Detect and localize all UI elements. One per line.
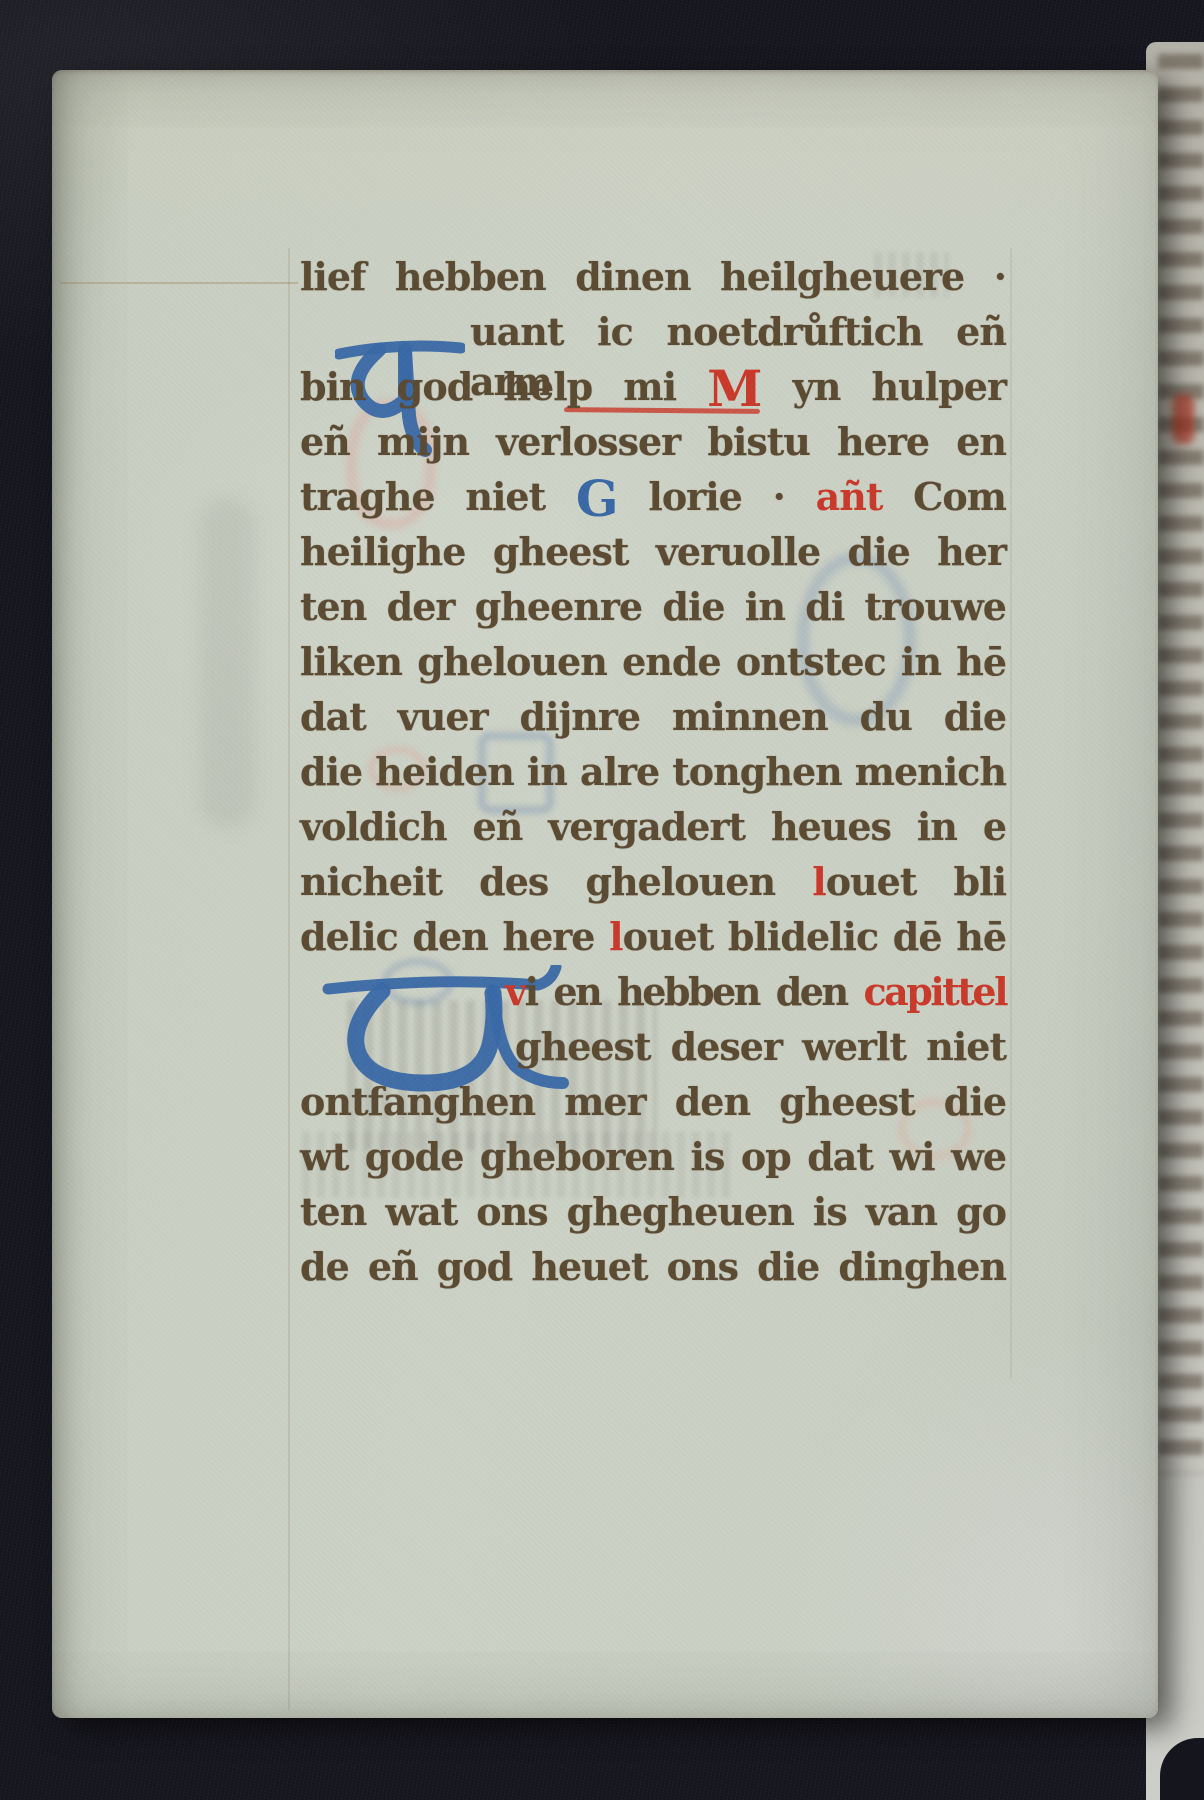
text-segment: añt [816, 474, 914, 519]
parchment-page: lief hebben dinen heilgheuere ·uant ic n… [52, 70, 1158, 1718]
text-segment: die heiden in alre tonghen menich [300, 749, 1006, 794]
text-line: uant ic noetdrůftich eñ arm [470, 307, 1006, 362]
text-segment: nicheit des ghelouen [300, 859, 812, 904]
text-line: heilighe gheest veruolle die her [300, 527, 1006, 582]
text-segment: v [505, 969, 525, 1014]
text-line: die heiden in alre tonghen menich [300, 747, 1006, 802]
text-line: de eñ god heuet ons die dinghen [300, 1242, 1006, 1297]
text-line: dat vuer dijnre minnen du die [300, 692, 1006, 747]
text-line: eñ mijn verlosser bistu here en [300, 417, 1006, 472]
text-segment: ouet blidelic dē hē [623, 914, 1006, 959]
manuscript-photo: lief hebben dinen heilgheuere ·uant ic n… [0, 0, 1204, 1800]
text-segment: heilighe gheest veruolle die her [300, 529, 1006, 574]
text-segment: liken ghelouen ende ontstec in hē [300, 639, 1006, 684]
ruling-line-vertical-right [1010, 248, 1012, 1378]
text-segment: delic den here [300, 914, 609, 959]
ruling-line-vertical-left [288, 248, 290, 1710]
text-line: nicheit des ghelouen louet bli [300, 857, 1006, 912]
text-segment: traghe niet [300, 474, 576, 519]
text-segment: M [707, 359, 761, 418]
text-segment: G [576, 469, 618, 528]
text-segment: lorie · [618, 474, 816, 519]
text-segment: ouet bli [826, 859, 1006, 904]
text-segment: capittel [864, 969, 1006, 1014]
text-line: delic den here louet blidelic dē hē [300, 912, 1006, 967]
text-segment: l [609, 914, 622, 959]
text-segment: Com [913, 474, 1006, 519]
text-line: ten der gheenre die in di trouwe [300, 582, 1006, 637]
fore-edge-red-initial [1172, 394, 1194, 444]
text-segment: lief hebben dinen heilgheuere · [300, 254, 1006, 299]
text-line: vi en hebben den capittel [505, 967, 1006, 1022]
text-segment: eñ mijn verlosser bistu here en [300, 419, 1006, 464]
text-segment: i en hebben den [525, 969, 864, 1014]
text-segment: voldich eñ vergadert heues in e [300, 804, 1006, 849]
text-segment: dat vuer dijnre minnen du die [300, 694, 1006, 739]
text-line: ontfanghen mer den gheest die [300, 1077, 1006, 1132]
text-line: liken ghelouen ende ontstec in hē [300, 637, 1006, 692]
text-line: lief hebben dinen heilgheuere · [300, 252, 1006, 307]
text-line: gheest deser werlt niet [515, 1022, 1006, 1077]
ruling-line-horizontal [60, 282, 298, 284]
text-line: voldich eñ vergadert heues in e [300, 802, 1006, 857]
text-segment: ten wat ons ghegheuen is van go [300, 1189, 1006, 1234]
text-line: bin god help mi M yn hulper [300, 362, 1006, 417]
text-line: ten wat ons ghegheuen is van go [300, 1187, 1006, 1242]
fore-edge-ghost-text [1158, 54, 1204, 1474]
show-through-smudge [200, 498, 255, 828]
text-segment: ten der gheenre die in di trouwe [300, 584, 1006, 629]
text-block: lief hebben dinen heilgheuere ·uant ic n… [300, 252, 1006, 1297]
text-segment: wt gode gheboren is op dat wi we [300, 1134, 1006, 1179]
text-segment: gheest deser werlt niet [515, 1024, 1006, 1069]
text-line: wt gode gheboren is op dat wi we [300, 1132, 1006, 1187]
text-line: traghe niet G lorie · añt Com [300, 472, 1006, 527]
text-segment: ontfanghen mer den gheest die [300, 1079, 1006, 1124]
text-segment: yn hulper [762, 364, 1006, 409]
text-segment: de eñ god heuet ons die dinghen [300, 1244, 1006, 1289]
text-segment: l [812, 859, 825, 904]
text-segment: bin god help mi [300, 364, 707, 409]
